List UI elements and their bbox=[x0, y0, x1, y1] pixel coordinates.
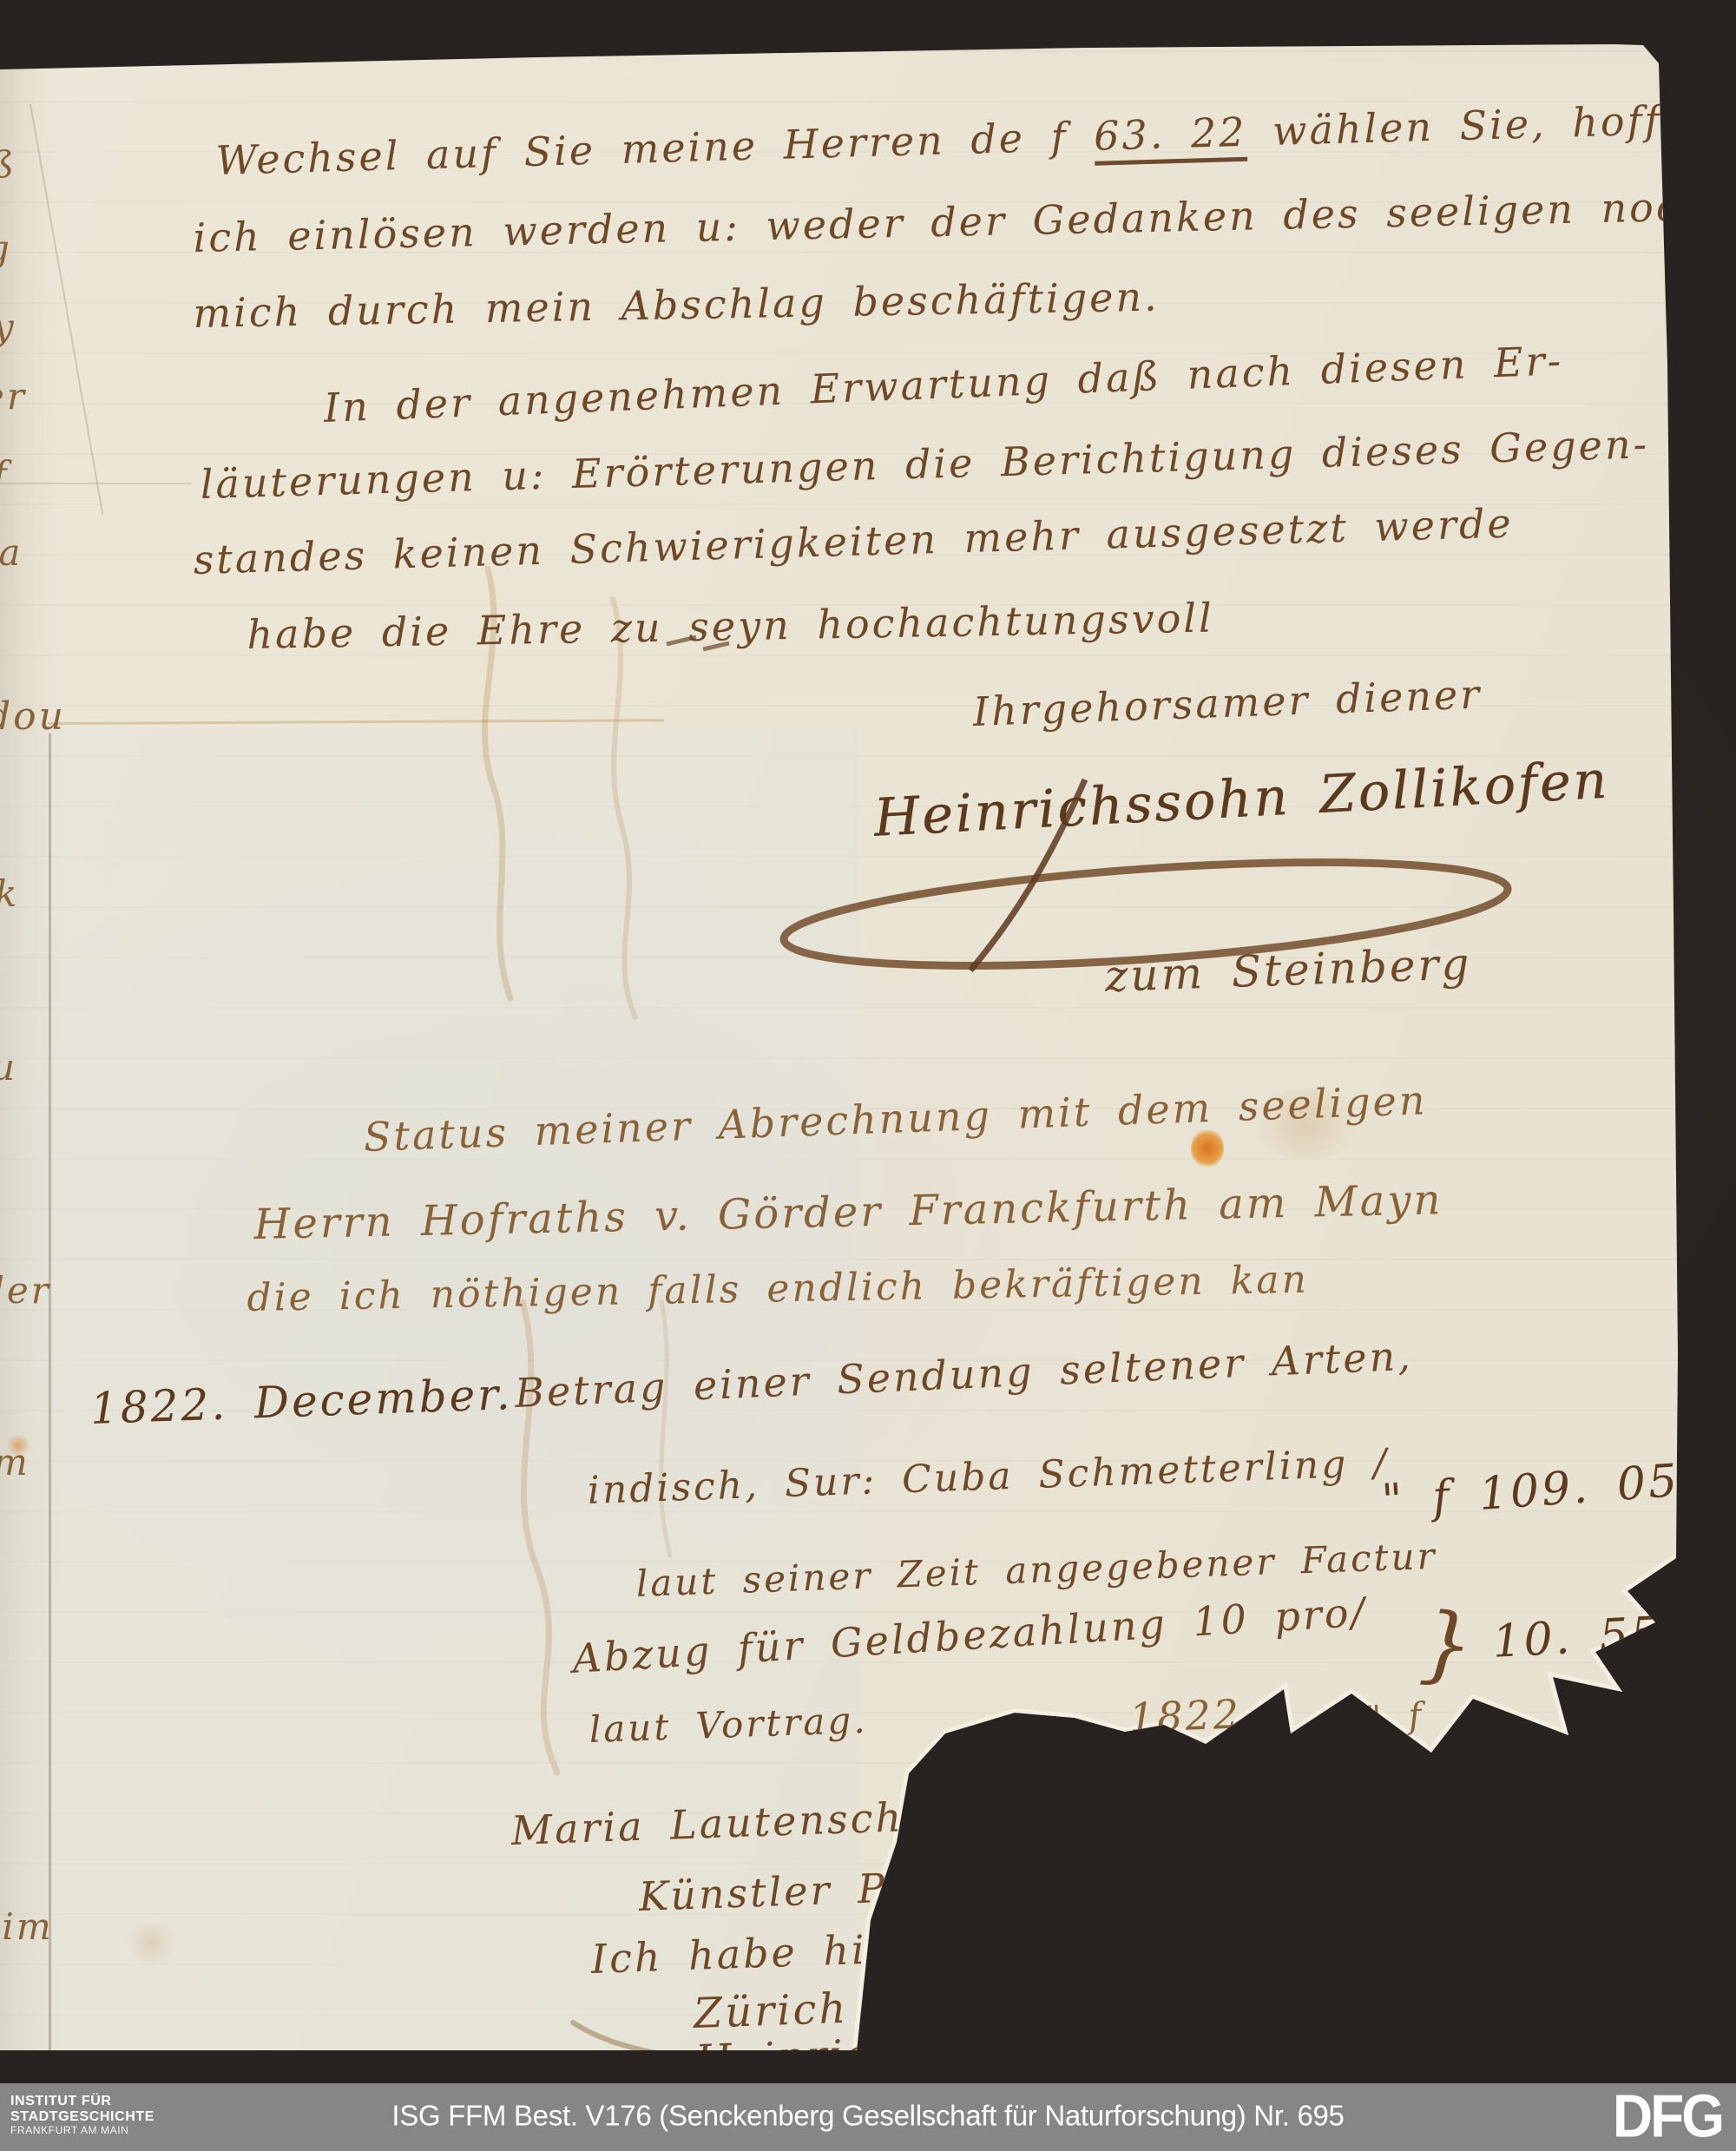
left-page-fragment: dou bbox=[0, 694, 66, 739]
ledger-fragment-year: 1822 bbox=[1128, 1690, 1242, 1740]
sheet-edge-seam bbox=[48, 719, 664, 725]
left-page-fragment: der bbox=[0, 1269, 51, 1312]
handwritten-line-5: läuterungen u: Erörterungen die Berichti… bbox=[200, 420, 1650, 508]
line1-pre: Wechsel auf Sie meine Herren de f bbox=[215, 113, 1095, 184]
archive-reference: ISG FFM Best. V176 (Senckenberg Gesellsc… bbox=[0, 2099, 1736, 2132]
ledger-brace: } bbox=[1417, 1594, 1476, 1694]
amount1-currency: " f bbox=[1380, 1469, 1481, 1528]
torn-line-4: Zürich bbox=[693, 1984, 849, 2038]
left-page-fragment: k bbox=[0, 872, 19, 915]
left-page-fragment: er bbox=[0, 375, 27, 418]
scan-viewport: Wechsel auf Sie meine Herren de f 63. 22… bbox=[0, 0, 1736, 2151]
handwritten-line-7: habe die Ehre zu seyn hochachtungsvoll bbox=[247, 595, 1214, 658]
left-page-fragment: u bbox=[0, 1046, 17, 1089]
handwritten-line-1: Wechsel auf Sie meine Herren de f 63. 22… bbox=[215, 96, 1689, 184]
corner-crease bbox=[30, 104, 103, 515]
line1-post: wählen Sie, hoffe bbox=[1246, 96, 1689, 155]
sum-10-55: 10. 55 - bbox=[1491, 1605, 1708, 1668]
signature-addendum: zum Steinberg bbox=[1104, 938, 1472, 1002]
left-page-fragment: f bbox=[0, 453, 10, 496]
ink-burn-stain bbox=[1191, 1128, 1224, 1168]
ledger-amount-1: " f 109. 05 - bbox=[1380, 1451, 1726, 1527]
ledger-fragment-marks: " f bbox=[1364, 1695, 1425, 1740]
left-page-fragment: m bbox=[0, 1441, 30, 1483]
fold-crease bbox=[49, 733, 51, 2050]
signature: Heinrichssohn Zollikofen bbox=[872, 750, 1611, 849]
valediction-line: Ihrgehorsamer diener bbox=[972, 671, 1483, 735]
manuscript-page: Wechsel auf Sie meine Herren de f 63. 22… bbox=[0, 0, 1736, 2151]
handwritten-line-6: standes keinen Schwierigkeiten mehr ausg… bbox=[193, 500, 1514, 583]
fold-line bbox=[0, 483, 191, 484]
handwritten-line-4: In der angenehmen Erwartung daß nach die… bbox=[323, 337, 1564, 431]
left-page-fragment: ß bbox=[0, 143, 16, 186]
left-page-fragment: lim bbox=[0, 1905, 54, 1948]
dfg-logo: DFG bbox=[1613, 2082, 1722, 2151]
left-page-fragment: g bbox=[0, 227, 12, 270]
torn-line-2: Künstler Pa bbox=[638, 1864, 912, 1920]
left-page-fragment: y bbox=[0, 306, 16, 348]
footer-bar: INSTITUT FÜR STADTGESCHICHTE FRANKFURT A… bbox=[0, 2083, 1736, 2151]
left-page-fragment: la bbox=[0, 531, 23, 574]
sum-109-05: 109. 05 - bbox=[1477, 1451, 1726, 1521]
handwritten-line-3: mich durch mein Abschlag beschäftigen. bbox=[193, 273, 1160, 337]
handwritten-line-2: ich einlösen werden u: weder der Gedanke… bbox=[193, 182, 1710, 261]
foxing-spot bbox=[122, 1923, 182, 1963]
torn-line-5: Heinrich bbox=[694, 2029, 901, 2085]
sum-63-22: 63. 22 bbox=[1093, 109, 1247, 166]
